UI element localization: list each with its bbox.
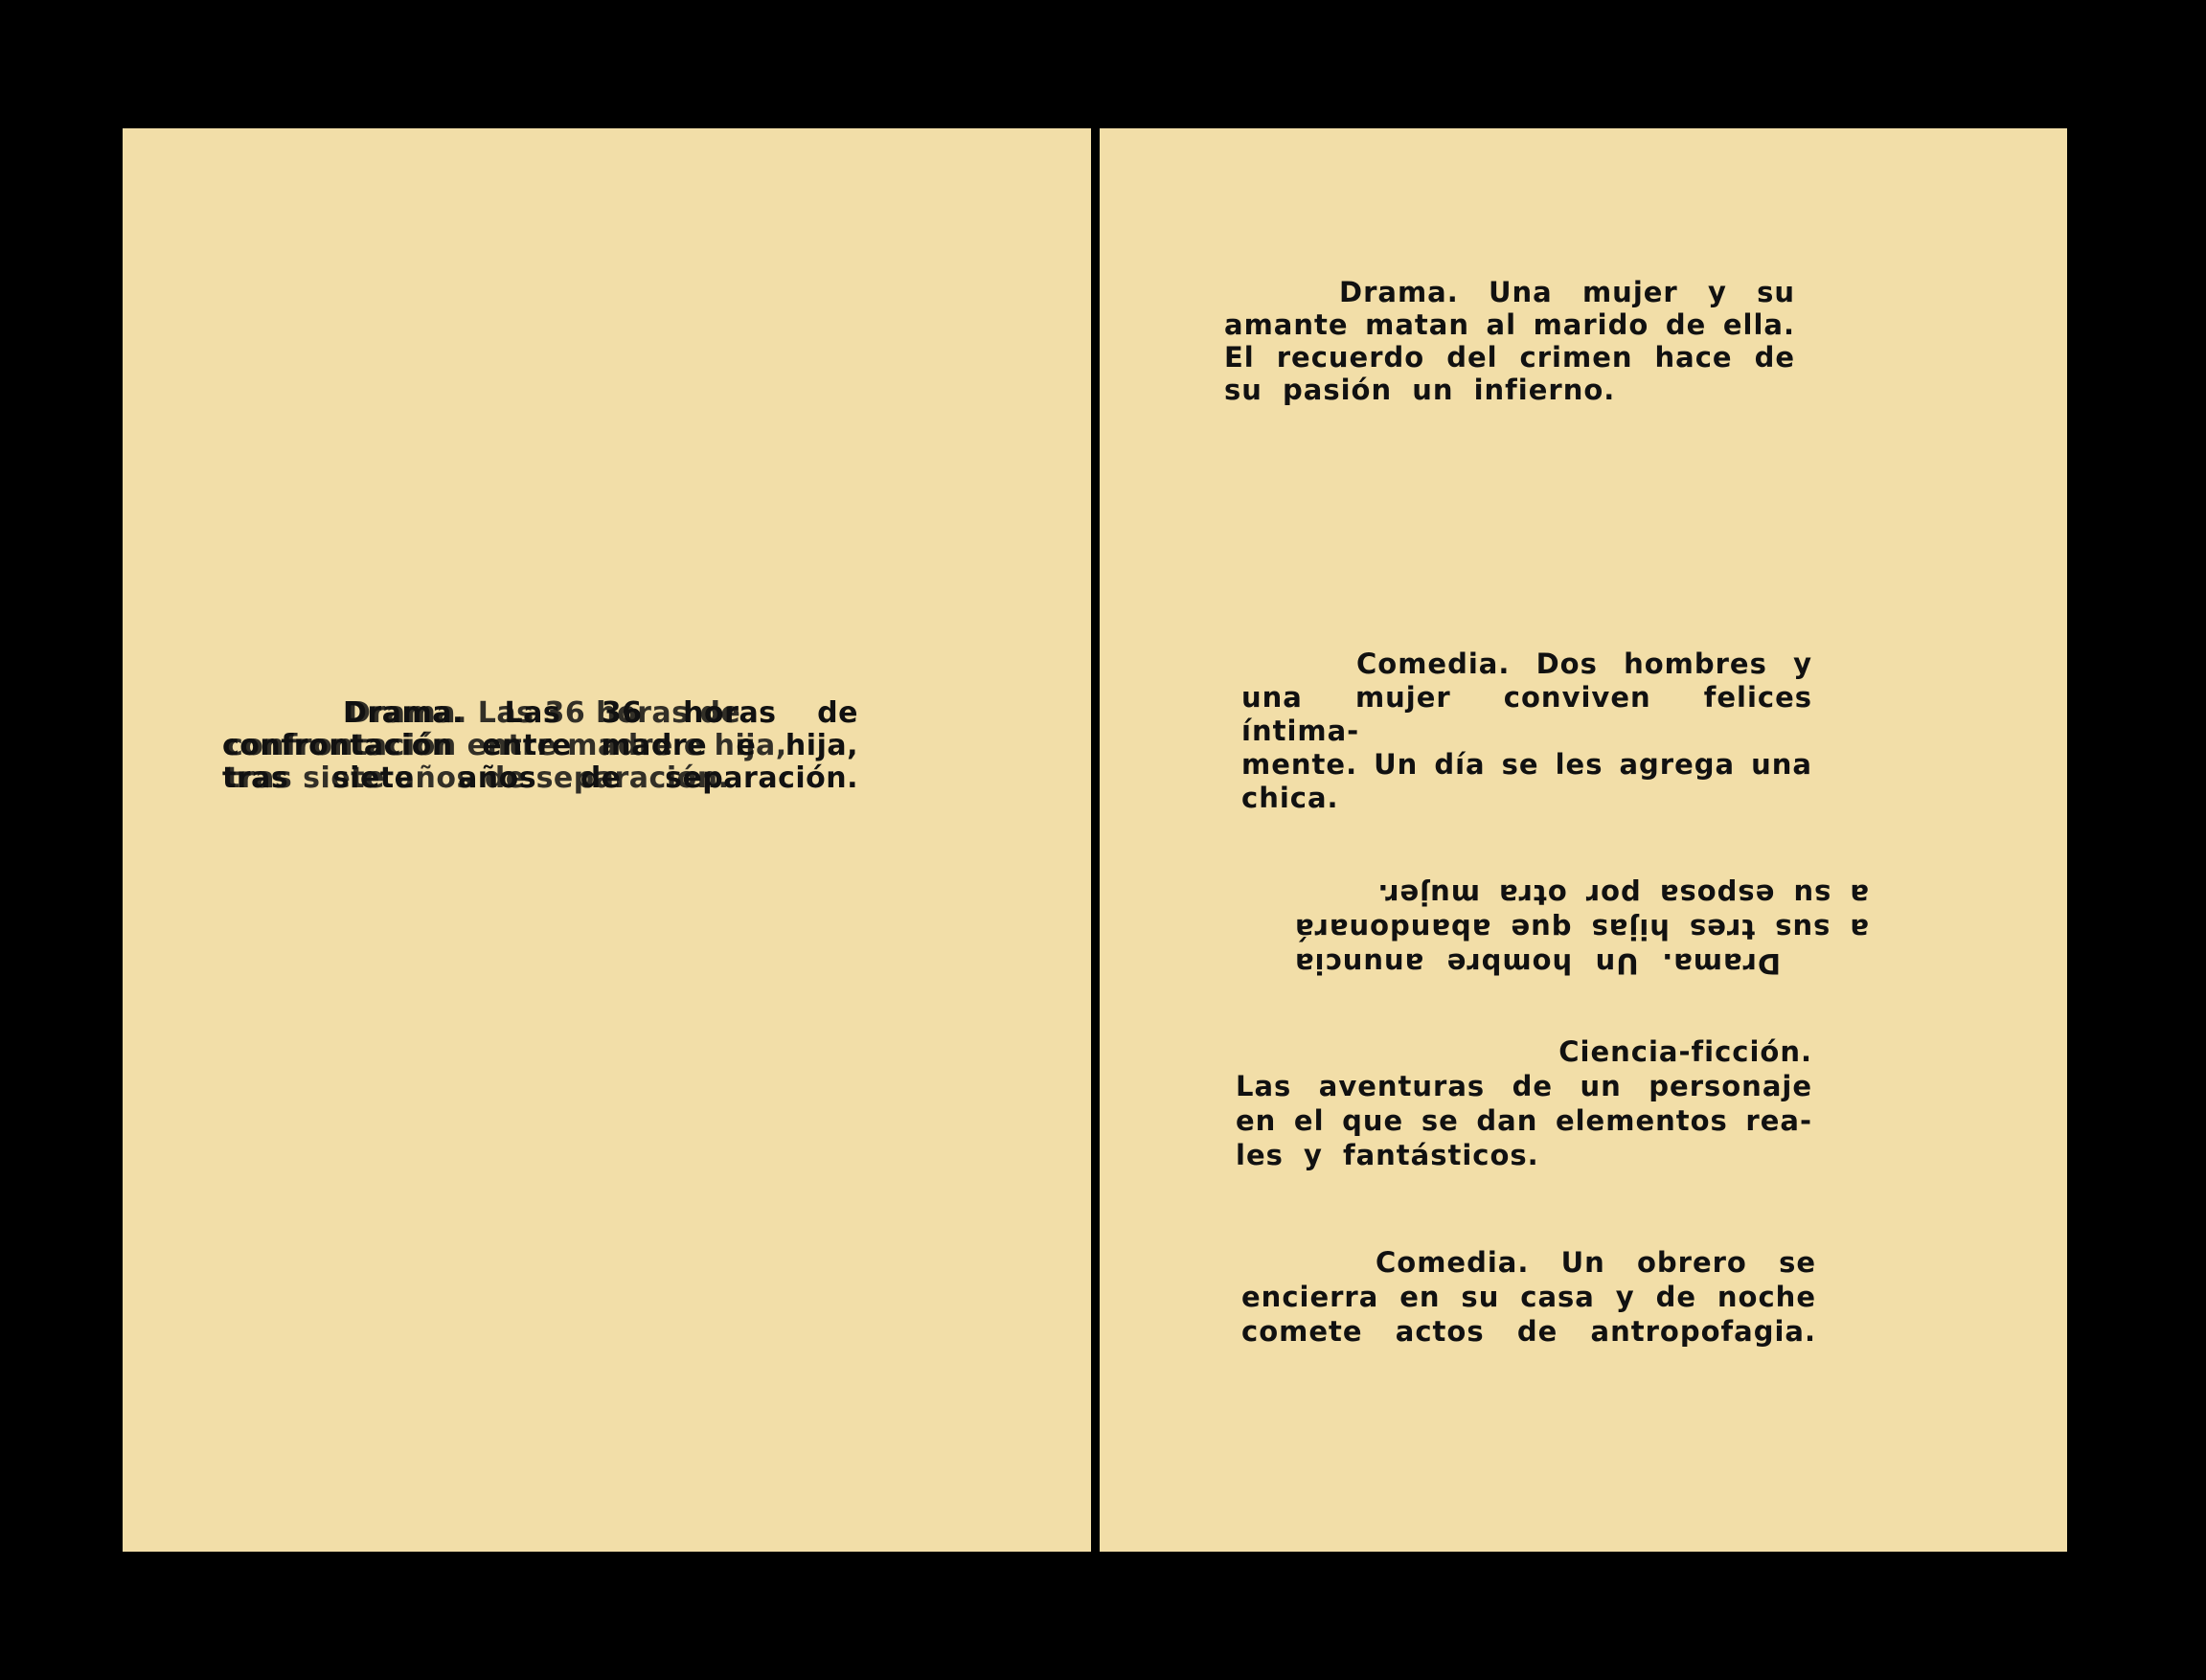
- entry-line: a su esposa por otra mujer.: [1294, 877, 1869, 912]
- entry-comedia-obrero: Comedia. Un obrero se encierra en su cas…: [1241, 1245, 1816, 1349]
- left-page: Drama. Las 36 horas de Drama. Las 36 hor…: [123, 128, 1091, 1552]
- entry-line: amante matan al marido de ella.: [1224, 308, 1795, 341]
- entry-line: tras siete años de separación. tras siet…: [222, 762, 858, 795]
- entry-line: su pasión un infierno.: [1224, 374, 1795, 406]
- entry-line: El recuerdo del crimen hace de: [1224, 341, 1795, 374]
- entry-line: mente. Un día se les agrega una: [1241, 748, 1812, 782]
- entry-drama-hombre-anuncia-upside-down: Drama. Un hombre anuncia a sus tres hija…: [1294, 877, 1869, 981]
- entry-comedia-dos-hombres: Comedia. Dos hombres y una mujer convive…: [1241, 647, 1812, 815]
- entry-drama-mujer-amante: Drama. Una mujer y su amante matan al ma…: [1224, 276, 1795, 406]
- entry-line: Drama. Un hombre anuncia: [1294, 946, 1869, 981]
- entry-line: confrontación entre madre e hija, confro…: [222, 730, 858, 762]
- entry-line: Las aventuras de un personaje: [1236, 1069, 1812, 1103]
- entry-line: Drama. Una mujer y su: [1224, 276, 1795, 308]
- entry-drama-36-horas: Drama. Las 36 horas de Drama. Las 36 hor…: [222, 697, 858, 795]
- entry-ciencia-ficcion: Ciencia-ficción. Las aventuras de un per…: [1236, 1034, 1812, 1172]
- entry-line: en el que se dan elementos rea-: [1236, 1103, 1812, 1138]
- entry-line: encierra en su casa y de noche: [1241, 1280, 1816, 1314]
- right-page: Drama. Una mujer y su amante matan al ma…: [1100, 128, 2067, 1552]
- entry-line: a sus tres hijas que abandonará: [1294, 912, 1869, 946]
- entry-line: chica.: [1241, 782, 1812, 815]
- entry-line: Drama. Las 36 horas de Drama. Las 36 hor…: [222, 697, 858, 730]
- entry-line: una mujer conviven felices íntima-: [1241, 681, 1812, 748]
- entry-line: Comedia. Dos hombres y: [1241, 647, 1812, 681]
- entry-line: Comedia. Un obrero se: [1241, 1245, 1816, 1280]
- entry-line: comete actos de antropofagia.: [1241, 1314, 1816, 1349]
- entry-line: les y fantásticos.: [1236, 1138, 1812, 1172]
- entry-line: Ciencia-ficción.: [1236, 1034, 1812, 1069]
